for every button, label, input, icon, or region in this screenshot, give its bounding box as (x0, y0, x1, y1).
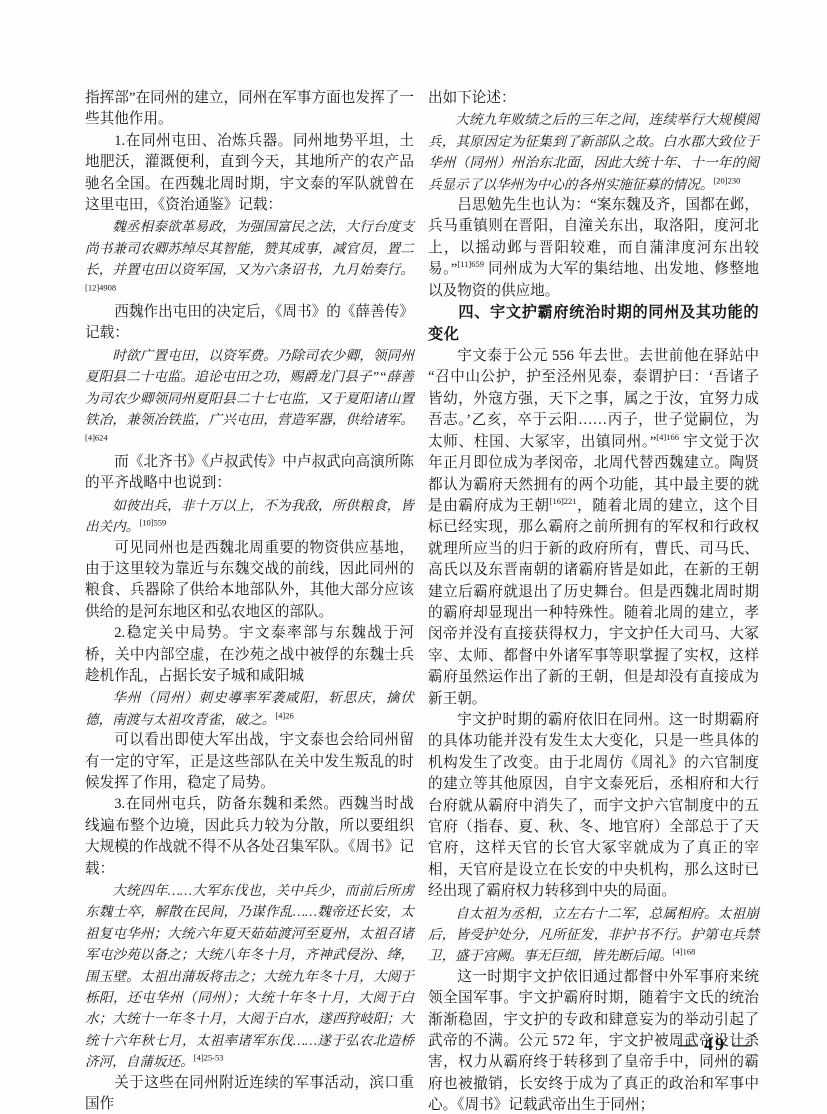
body-paragraph: 出如下论述： (428, 88, 759, 109)
citation-superscript: [4]624 (85, 432, 108, 442)
document-page: 指挥部”在同州的建立，同州在军事方面也发挥了一些其他作用。1.在同州屯田、冶炼兵… (0, 0, 827, 1114)
citation-superscript: [12]4908 (85, 282, 116, 292)
citation-superscript: [16]221 (550, 496, 577, 506)
block-quote: 大统九年败绩之后的三年之间，连续举行大规模阅兵，其原因定为征集到了新部队之故。白… (428, 109, 759, 195)
section-heading: 四、宇文护霸府统治时期的同州及其功能的变化 (428, 302, 759, 346)
page-number: — 49 — (660, 1034, 770, 1055)
citation-superscript: [4]26 (275, 710, 293, 720)
body-paragraph: 1.在同州屯田、冶炼兵器。同州地势平坦，土地肥沃，灌溉便利，直到今天，其地所产的… (85, 131, 414, 217)
body-paragraph: 可见同州也是西魏北周重要的物资供应基地，由于这里较为靠近与东魏交战的前线，因此同… (85, 538, 414, 624)
citation-superscript: [20]230 (713, 175, 740, 185)
body-paragraph: 关于这些在同州附近连续的军事活动，滨口重国作 (85, 1073, 414, 1114)
body-paragraph: 吕思勉先生也认为：“案东魏及齐，国都在邺，兵马重镇则在晋阳，自潼关东出，取洛阳，… (428, 195, 759, 302)
block-quote: 魏丞相泰欲革易政，为强国富民之法，大行台度支尚书兼司农卿苏绰尽其智能，赞其成事，… (85, 216, 414, 302)
citation-superscript: [4]25-53 (194, 1053, 224, 1063)
body-paragraph: 2.稳定关中局势。宇文泰率部与东魏战于河桥，关中内部空虚，在沙苑之战中被俘的东魏… (85, 623, 414, 687)
body-paragraph: 西魏作出屯田的决定后，《周书》的《薛善传》记载： (85, 302, 414, 345)
body-paragraph: 指挥部”在同州的建立，同州在军事方面也发挥了一些其他作用。 (85, 88, 414, 131)
body-paragraph: 3.在同州屯兵，防备东魏和柔然。西魏当时战线遍布整个边境，因此兵力较为分散，所以… (85, 794, 414, 880)
citation-superscript: [4]168 (673, 947, 696, 957)
body-paragraph: 可以看出即使大军出战，宇文泰也会给同州留有一定的守军，正是这些部队在关中发生叛乱… (85, 730, 414, 794)
citation-superscript: [10]559 (139, 518, 166, 528)
block-quote: 大统四年……大军东伐也，关中兵少，而前后所虏东魏士卒，解散在民间，乃谋作乱……魏… (85, 880, 414, 1073)
body-paragraph: 而《北齐书》《卢叔武传》中卢叔武向高演所陈的平齐战略中也说到： (85, 452, 414, 495)
citation-superscript: [4]166 (656, 432, 679, 442)
body-paragraph: 宇文泰于公元 556 年去世。去世前他在驿站中“召中山公护，护至泾州见泰，泰谓护… (428, 346, 759, 710)
block-quote: 华州（同州）刺史導率军袭咸阳，斩思庆，擒伏德，南渡与太祖攻青雀，破之。[4]26 (85, 687, 414, 730)
block-quote: 自太祖为丞相，立左右十二军，总属相府。太祖崩后，皆受护处分，凡所征发，非护书不行… (428, 903, 759, 967)
citation-superscript: [11]659 (457, 259, 484, 269)
body-paragraph: 宇文护时期的霸府依旧在同州。这一时期霸府的具体功能并没有发生太大变化，只是一些具… (428, 710, 759, 903)
right-column: 出如下论述：大统九年败绩之后的三年之间，连续举行大规模阅兵，其原因定为征集到了新… (428, 88, 759, 1114)
block-quote: 时欲广置屯田，以资军费。乃除司农少卿，领同州夏阳县二十屯监。追论屯田之功，赐爵龙… (85, 345, 414, 452)
block-quote: 如彼出兵，非十万以上，不为我敌，所供粮食，皆出关内。[10]559 (85, 495, 414, 538)
left-column: 指挥部”在同州的建立，同州在军事方面也发挥了一些其他作用。1.在同州屯田、冶炼兵… (85, 88, 414, 1114)
